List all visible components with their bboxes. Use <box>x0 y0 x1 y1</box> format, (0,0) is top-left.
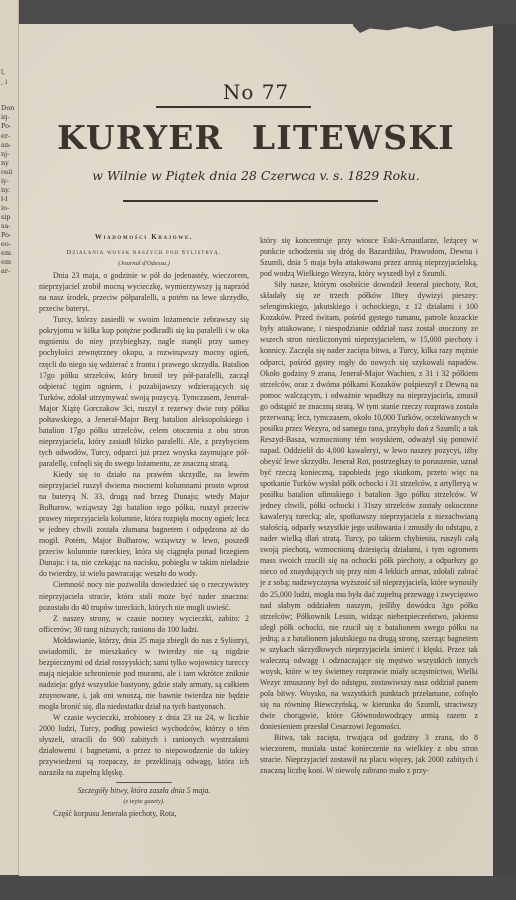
adjacent-page-fragment: em <box>1 249 11 258</box>
adjacent-page-fragment: em <box>1 258 11 267</box>
paragraph: Dnia 23 maja, o godzinie w pół do jedena… <box>39 270 249 314</box>
newspaper-title: KURYER LITEWSKI <box>19 118 493 157</box>
article-source: (Journal d'Odessa.) <box>39 258 249 269</box>
viewer-right-margin <box>493 24 516 900</box>
adjacent-page-fragment: iq- <box>1 113 9 122</box>
paragraph: Część korpusu Jenerała piechoty, Rota, <box>39 808 249 819</box>
adjacent-page-fragment: Don <box>1 104 14 113</box>
adjacent-page-fragment: iy- <box>1 177 9 186</box>
dateline-rule <box>123 200 378 202</box>
sub-source: (z teyże gazety). <box>39 796 249 807</box>
adjacent-page-fragment: Po- <box>1 231 11 240</box>
adjacent-page-fragment: ar- <box>1 267 10 276</box>
viewer-top-bar <box>0 0 516 24</box>
paragraph: Siły nasze, którym osobiście dowodził Je… <box>260 279 478 732</box>
left-column: Wiadomości Krajowe. Działania woysk nasz… <box>39 232 249 819</box>
adjacent-page-fragment: osii <box>1 168 12 177</box>
newspaper-page: No 77 KURYER LITEWSKI w Wilnie w Piątek … <box>19 24 493 876</box>
masthead-rule <box>156 106 311 108</box>
viewer-bottom-margin <box>0 876 516 900</box>
adjacent-page-fragment: sip <box>1 213 11 222</box>
right-column: który się koncentruje przy wiosce Eski-A… <box>260 235 478 776</box>
adjacent-page-fragment: io- <box>1 204 9 213</box>
section-divider <box>116 782 172 783</box>
paragraph: który się koncentruje przy wiosce Eski-A… <box>260 235 478 279</box>
dateline: w Wilnie w Piątek dnia 28 Czerwca v. s. … <box>19 168 493 183</box>
adjacent-page-fragment: ny <box>1 159 9 168</box>
paragraph: Mołdawianie, którzy, dnia 25 maja zbiegl… <box>39 635 249 712</box>
sub-heading: Szczegóły bitwy, która zaszła dnia 5 maj… <box>39 785 249 796</box>
issue-number: No 77 <box>19 80 493 104</box>
paragraph: Kiedy się to działo na prawém skrzydle, … <box>39 469 249 579</box>
paragraph: W czasie wycieczki, zrobioney z dnia 23 … <box>39 712 249 778</box>
adjacent-page-fragment: , i <box>1 78 7 87</box>
adjacent-page-fragment: l, <box>1 68 5 77</box>
adjacent-page-fragment: an- <box>1 141 11 150</box>
article-heading: Działania woysk naszych pod Sylistryą. <box>39 247 249 258</box>
section-heading: Wiadomości Krajowe. <box>39 232 249 243</box>
adjacent-page-fragment: nj- <box>1 150 9 159</box>
adjacent-page-fragment: sa- <box>1 222 10 231</box>
adjacent-page-fragment: eo- <box>1 240 11 249</box>
paragraph: Z naszey strony, w czasie nocney wyciecz… <box>39 613 249 635</box>
paragraph: Ciemność nocy nie pozwoliła dowiedzieć s… <box>39 579 249 612</box>
paragraph: Turcy, którzy zasiedli w swoim lożamenci… <box>39 314 249 469</box>
adjacent-page-fragment: Po- <box>1 122 11 131</box>
adjacent-page-edge: l, , i Don iq- Po- er- an- nj- ny osii i… <box>0 0 19 875</box>
adjacent-page-fragment: er- <box>1 132 10 141</box>
adjacent-page-fragment: ny. <box>1 186 10 195</box>
paragraph: Bitwa, tak zacięta, trwająca od godziny … <box>260 732 478 776</box>
adjacent-page-fragment: ł-ł <box>1 195 7 204</box>
